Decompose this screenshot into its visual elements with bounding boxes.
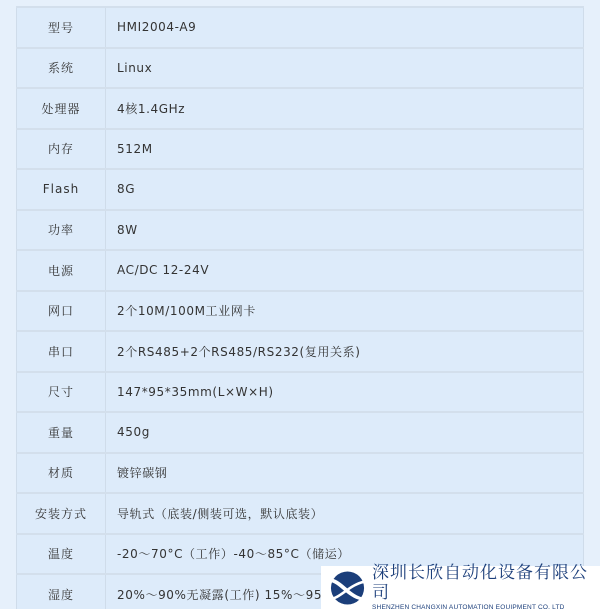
spec-value: 导轨式（底装/侧装可选，默认底装） bbox=[106, 493, 584, 534]
spec-label: 温度 bbox=[17, 534, 106, 575]
table-row: 型号HMI2004-A9 bbox=[17, 7, 584, 48]
table-row: Flash8G bbox=[17, 169, 584, 210]
spec-label: 尺寸 bbox=[17, 372, 106, 413]
table-row: 系统Linux bbox=[17, 48, 584, 89]
table-row: 网口2个10M/100M工业网卡 bbox=[17, 291, 584, 332]
company-name-cn: 深圳长欣自动化设备有限公司 bbox=[372, 563, 600, 603]
changxin-logo-icon bbox=[329, 570, 366, 606]
table-row: 内存512M bbox=[17, 129, 584, 170]
spec-label: 处理器 bbox=[17, 88, 106, 129]
spec-label: 网口 bbox=[17, 291, 106, 332]
spec-value: 2个10M/100M工业网卡 bbox=[106, 291, 584, 332]
spec-table: 型号HMI2004-A9 系统Linux 处理器4核1.4GHz 内存512M … bbox=[16, 6, 584, 609]
spec-value: Linux bbox=[106, 48, 584, 89]
table-row: 电源AC/DC 12-24V bbox=[17, 250, 584, 291]
table-row: 处理器4核1.4GHz bbox=[17, 88, 584, 129]
company-name-en: SHENZHEN CHANGXIN AUTOMATION EQUIPMENT C… bbox=[372, 603, 600, 609]
table-row: 安装方式导轨式（底装/侧装可选，默认底装） bbox=[17, 493, 584, 534]
table-row: 重量450g bbox=[17, 412, 584, 453]
spec-label: 材质 bbox=[17, 453, 106, 494]
spec-value: 8G bbox=[106, 169, 584, 210]
spec-label: 系统 bbox=[17, 48, 106, 89]
spec-label: 重量 bbox=[17, 412, 106, 453]
spec-label: 电源 bbox=[17, 250, 106, 291]
spec-label: Flash bbox=[17, 169, 106, 210]
spec-label: 型号 bbox=[17, 7, 106, 48]
spec-label: 功率 bbox=[17, 210, 106, 251]
table-row: 尺寸147*95*35mm(L×W×H) bbox=[17, 372, 584, 413]
spec-value: 镀锌碳钢 bbox=[106, 453, 584, 494]
spec-value: 8W bbox=[106, 210, 584, 251]
spec-value: 450g bbox=[106, 412, 584, 453]
spec-label: 湿度 bbox=[17, 574, 106, 609]
spec-value: 2个RS485+2个RS485/RS232(复用关系) bbox=[106, 331, 584, 372]
spec-value: 512M bbox=[106, 129, 584, 170]
company-logo-watermark: 深圳长欣自动化设备有限公司 SHENZHEN CHANGXIN AUTOMATI… bbox=[321, 566, 600, 609]
spec-value: AC/DC 12-24V bbox=[106, 250, 584, 291]
spec-value: 147*95*35mm(L×W×H) bbox=[106, 372, 584, 413]
spec-label: 内存 bbox=[17, 129, 106, 170]
spec-label: 安装方式 bbox=[17, 493, 106, 534]
table-row: 串口2个RS485+2个RS485/RS232(复用关系) bbox=[17, 331, 584, 372]
table-row: 功率8W bbox=[17, 210, 584, 251]
spec-label: 串口 bbox=[17, 331, 106, 372]
table-row: 材质镀锌碳钢 bbox=[17, 453, 584, 494]
spec-value: HMI2004-A9 bbox=[106, 7, 584, 48]
spec-value: 4核1.4GHz bbox=[106, 88, 584, 129]
